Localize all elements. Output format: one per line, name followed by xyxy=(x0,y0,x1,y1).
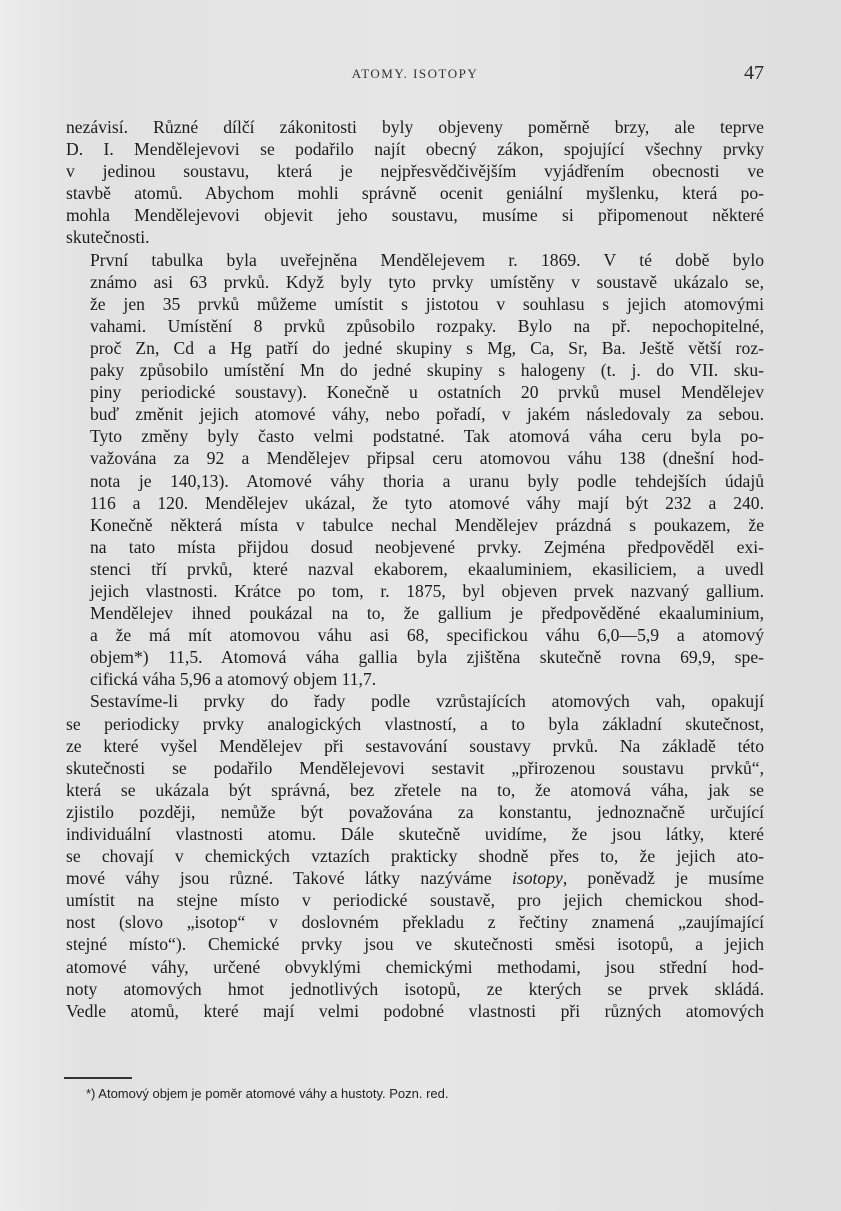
text-line: piny periodické soustavy). Konečně u ost… xyxy=(66,381,764,403)
text-line: mohla Mendělejevovi objevit jeho soustav… xyxy=(66,204,764,226)
text-line: skutečnosti. xyxy=(66,226,764,248)
text-line: važována za 92 a Mendělejev připsal ceru… xyxy=(66,447,764,469)
text-line: Sestavíme-li prvky do řady podle vzrůsta… xyxy=(66,690,764,712)
text-line: proč Zn, Cd a Hg patří do jedné skupiny … xyxy=(66,337,764,359)
text-line-with-emphasis: mové váhy jsou různé. Takové látky nazýv… xyxy=(66,867,764,889)
text-line: paky způsobilo umístění Mn do jedné skup… xyxy=(66,359,764,381)
text-line: nezávisí. Různé dílčí zákonitosti byly o… xyxy=(66,116,764,138)
page-number: 47 xyxy=(744,62,764,85)
footnote-divider xyxy=(64,1077,132,1079)
text-line: objem*) 11,5. Atomová váha gallia byla z… xyxy=(66,646,764,668)
text-line: se chovají v chemických vztazích praktic… xyxy=(66,845,764,867)
text-line: na tato místa přijdou dosud neobjevené p… xyxy=(66,536,764,558)
text-line: a že má mít atomovou váhu asi 68, specif… xyxy=(66,624,764,646)
text-line: která se ukázala být správná, bez zřetel… xyxy=(66,779,764,801)
paragraph-2: První tabulka byla uveřejněna Mendělejev… xyxy=(66,249,764,691)
text-line: Konečně některá místa v tabulce nechal M… xyxy=(66,514,764,536)
running-title: ATOMY. ISOTOPY xyxy=(66,66,764,82)
text-line: ze které vyšel Mendělejev při sestavován… xyxy=(66,735,764,757)
text-segment: mové váhy jsou různé. Takové látky nazýv… xyxy=(66,868,492,888)
text-line: buď změnit jejich atomové váhy, nebo poř… xyxy=(66,403,764,425)
text-line: Vedle atomů, které mají velmi podobné vl… xyxy=(66,1000,764,1022)
text-line: D. I. Mendělejevovi se podařilo najít ob… xyxy=(66,138,764,160)
text-line: cifická váha 5,96 a atomový objem 11,7. xyxy=(66,668,764,690)
paragraph-1: nezávisí. Různé dílčí zákonitosti byly o… xyxy=(66,116,764,249)
text-line: nost (slovo „isotop“ v doslovném překlad… xyxy=(66,911,764,933)
text-line: že jen 35 prvků můžeme umístit s jistoto… xyxy=(66,293,764,315)
text-line: atomové váhy, určené obvyklými chemickým… xyxy=(66,956,764,978)
text-line: známo asi 63 prvků. Když byly tyto prvky… xyxy=(66,271,764,293)
page-header: ATOMY. ISOTOPY 47 xyxy=(66,66,764,90)
text-line: skutečnosti se podařilo Mendělejevovi se… xyxy=(66,757,764,779)
text-line: Mendělejev ihned poukázal na to, že gall… xyxy=(66,602,764,624)
text-line: jejich vlastnosti. Krátce po tom, r. 187… xyxy=(66,580,764,602)
text-line: stejné místo“). Chemické prvky jsou ve s… xyxy=(66,933,764,955)
text-line: se periodicky prvky analogických vlastno… xyxy=(66,713,764,735)
emphasized-term: isotopy xyxy=(512,868,563,888)
text-line: První tabulka byla uveřejněna Mendělejev… xyxy=(66,249,764,271)
text-line: 116 a 120. Mendělejev ukázal, že tyto at… xyxy=(66,492,764,514)
text-line: stenci tří prvků, které nazval ekaborem,… xyxy=(66,558,764,580)
text-line: nota je 140,13). Atomové váhy thoria a u… xyxy=(66,470,764,492)
paragraph-3: Sestavíme-li prvky do řady podle vzrůsta… xyxy=(66,690,764,1021)
text-line: vahami. Umístění 8 prvků způsobilo rozpa… xyxy=(66,315,764,337)
text-line: individuální vlastnosti atomu. Dále skut… xyxy=(66,823,764,845)
footnote: *) Atomový objem je poměr atomové váhy a… xyxy=(86,1086,449,1101)
text-line: stavbě atomů. Abychom mohli správně ocen… xyxy=(66,182,764,204)
text-segment: , poněvadž je musíme xyxy=(563,868,764,888)
text-line: noty atomových hmot jednotlivých isotopů… xyxy=(66,978,764,1000)
text-line: Tyto změny byly často velmi podstatné. T… xyxy=(66,425,764,447)
body-text: nezávisí. Různé dílčí zákonitosti byly o… xyxy=(66,116,764,1022)
text-line: zjistilo později, nemůže být považována … xyxy=(66,801,764,823)
text-line: umístit na stejne místo v periodické sou… xyxy=(66,889,764,911)
text-line: v jedinou soustavu, která je nejpřesvědč… xyxy=(66,160,764,182)
